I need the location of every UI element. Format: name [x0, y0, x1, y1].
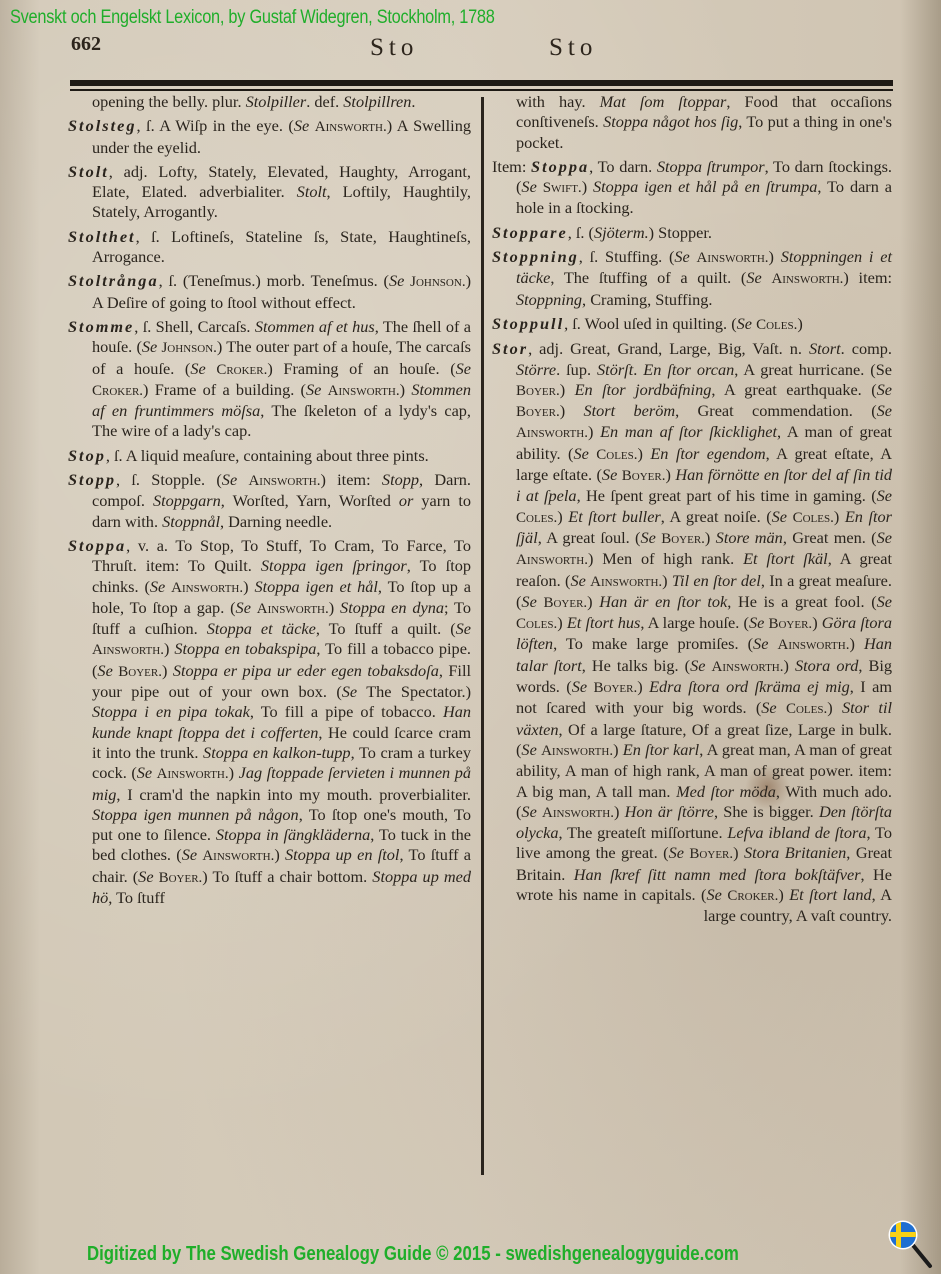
entry-text: , A great noiſe. (: [661, 507, 772, 526]
swedish-phrase: Edra ſtora ord ſkräma ej mig: [649, 677, 850, 696]
headword: Stolt: [68, 162, 109, 181]
headword: Stolthet: [68, 227, 136, 246]
entry-text: ): [587, 592, 599, 611]
entry-text: , The ſtuffing of a quilt. (: [550, 268, 746, 287]
headword: Stoppa: [531, 157, 589, 176]
source-reference: Boyer.: [661, 531, 705, 547]
swedish-phrase: Stoppa et täcke: [207, 619, 316, 638]
swedish-phrase: Sjöterm.: [594, 223, 649, 242]
swedish-phrase: Se: [669, 843, 684, 862]
headword: Stoppa: [68, 536, 126, 555]
headword: Stopp: [68, 470, 116, 489]
source-reference: Ainsworth.: [315, 119, 387, 135]
entry-text: [206, 359, 217, 378]
source-reference: Croker.: [727, 888, 778, 904]
source-reference: Boyer.: [594, 680, 638, 696]
entry-text: , ſ. Loftineſs, Stateline ſs, State, Hau…: [92, 227, 471, 266]
header-rule-thin: [70, 89, 893, 91]
swedish-phrase: Se: [342, 682, 357, 701]
source-reference: Coles.: [756, 317, 797, 333]
dictionary-entry: Stomme, ſ. Shell, Carcaſs. Stommen af et…: [68, 317, 471, 442]
swedish-phrase: Se: [706, 885, 721, 904]
swedish-phrase: En ſtor karl: [623, 740, 699, 759]
source-reference: Ainsworth.: [257, 601, 329, 617]
headword: Stolsteg: [68, 116, 136, 135]
source-reference: Coles.: [786, 701, 827, 717]
entry-text: , He ſpent great part of his time in gam…: [577, 486, 877, 505]
dictionary-entry: Stoppull, ſ. Wool uſed in quilting. (Se …: [492, 314, 892, 335]
dictionary-entry: Stoppa, v. a. To Stop, To Stuff, To Cram…: [68, 536, 471, 908]
headword: Stoltrånga: [68, 271, 159, 290]
entry-text: ): [797, 314, 802, 333]
swedish-phrase: En man af ſtor ſkicklighet: [600, 422, 777, 441]
swedish-phrase: Se: [142, 337, 157, 356]
swedish-phrase: Se: [456, 359, 471, 378]
source-reference: Swift.: [543, 180, 582, 196]
entry-text: , Darning needle.: [220, 512, 332, 531]
swedish-phrase: Se: [294, 116, 309, 135]
swedish-phrase: Lefva ibland de ſtora: [727, 823, 866, 842]
swedish-phrase: Et ſtort buller: [568, 507, 661, 526]
source-reference: Ainsworth.: [712, 659, 784, 675]
entry-text: ): [733, 843, 744, 862]
entry-text: ): [778, 885, 789, 904]
dictionary-entry: Stoltrånga, ſ. (Teneſmus.) morb. Teneſmu…: [68, 271, 471, 313]
source-reference: Ainsworth.: [202, 848, 274, 864]
entry-text: ): [827, 698, 842, 717]
swedish-phrase: Mat ſom ſtoppar: [600, 92, 727, 111]
swedish-phrase: Stommen af et hus: [255, 317, 375, 336]
source-reference: Ainsworth.: [541, 743, 613, 759]
headword: Stoppull: [492, 314, 564, 333]
entry-text: ) item:: [320, 470, 381, 489]
source-reference: Ainsworth.: [771, 271, 843, 287]
entry-text: , He talks big. (: [582, 656, 690, 675]
swedish-phrase: Se: [190, 359, 205, 378]
entry-text: ): [812, 613, 822, 632]
swedish-phrase: Stort: [809, 339, 841, 358]
entry-text: . def.: [306, 92, 343, 111]
swedish-phrase: Stoppa i en pipa tokak: [92, 702, 250, 721]
entry-text: ): [557, 507, 568, 526]
source-reference: Boyer.: [768, 616, 812, 632]
entry-text: , To ſtuff a quilt. (: [316, 619, 456, 638]
swedish-phrase: Se: [138, 867, 153, 886]
entry-text: ) Frame of a building. (: [143, 380, 306, 399]
dictionary-entry: Stopp, ſ. Stopple. (Se Ainsworth.) item:…: [68, 470, 471, 532]
swedish-phrase: Han är en ſtor tok: [599, 592, 727, 611]
source-reference: Johnson.: [161, 340, 216, 356]
entry-text: [777, 698, 786, 717]
source-reference: Johnson.: [410, 274, 465, 290]
source-reference: Boyer.: [118, 664, 162, 680]
source-reference: Ainsworth.: [516, 552, 588, 568]
swedish-phrase: Se: [521, 177, 536, 196]
entry-text: , ſ. Stopple. (: [116, 470, 222, 489]
entry-text: , ſ. Wool uſed in quilting. (: [564, 314, 737, 333]
entry-text: , To fill a pipe of tobacco.: [250, 702, 443, 721]
entry-text: , ſ. (: [568, 223, 594, 242]
swedish-phrase: Se: [521, 592, 536, 611]
dictionary-entry: Stolthet, ſ. Loftineſs, Stateline ſs, St…: [68, 227, 471, 268]
entry-text: ): [834, 507, 845, 526]
headword: Stoppning: [492, 247, 579, 266]
running-head-right: Sto: [549, 34, 597, 62]
source-reference: Ainsworth.: [542, 805, 614, 821]
source-reference: Coles.: [516, 616, 557, 632]
swedish-phrase: Han ſkref ſitt namn med ſtora bokſtäfver: [574, 865, 861, 884]
entry-text: ): [662, 571, 672, 590]
entry-text: ): [557, 613, 567, 632]
source-reference: Coles.: [516, 510, 557, 526]
entry-text: , adj. Great, Grand, Large, Big, Vaſt. n…: [528, 339, 809, 358]
entry-text: , He is a great fool. (: [727, 592, 876, 611]
entry-text: ): [637, 677, 649, 696]
swedish-flag-magnifier-icon: [885, 1217, 935, 1269]
swedish-phrase: Store män: [716, 528, 783, 547]
swedish-phrase: En ſtor jordbäfning: [575, 380, 712, 399]
dictionary-entry: Stor, adj. Great, Grand, Large, Big, Vaſ…: [492, 339, 892, 926]
swedish-phrase: Se: [640, 528, 655, 547]
swedish-phrase: Stoppgarn: [153, 491, 221, 510]
swedish-phrase: Stoppa er pipa ur eder egen tobaksdoſa: [173, 661, 439, 680]
source-reference: Ainsworth.: [92, 642, 164, 658]
source-reference: Coles.: [596, 447, 637, 463]
entry-continuation: opening the belly. plur. Stolpiller. def…: [68, 92, 471, 112]
entry-text: The Spectator.): [357, 682, 471, 701]
entry-text: , Craming, Stuffing.: [582, 290, 712, 309]
swedish-phrase: Större: [516, 360, 556, 379]
swedish-phrase: Se: [222, 470, 237, 489]
swedish-phrase: Stoppning: [516, 290, 582, 309]
entry-text: opening the belly. plur.: [92, 92, 246, 111]
source-reference: Ainsworth.: [157, 766, 229, 782]
swedish-phrase: Stoppa något hos ſig: [603, 112, 738, 131]
entry-text: ): [665, 465, 675, 484]
swedish-phrase: Hon är ſtörre: [625, 802, 714, 821]
swedish-phrase: Se: [877, 380, 892, 399]
column-divider: [481, 97, 484, 1175]
swedish-phrase: Stoppa ſtrumpor: [657, 157, 765, 176]
entry-text: , A great earthquake. (: [711, 380, 876, 399]
dictionary-entry: Stoppning, ſ. Stuffing. (Se Ainsworth.) …: [492, 247, 892, 310]
entry-text: ): [784, 656, 795, 675]
swedish-phrase: Stolpillren: [343, 92, 411, 111]
entry-text: ) Men of high rank.: [588, 549, 743, 568]
source-reference: Croker.: [92, 383, 143, 399]
source-reference: Ainsworth.: [777, 637, 849, 653]
swedish-phrase: Se: [150, 577, 165, 596]
source-reference: Boyer.: [689, 846, 733, 862]
left-column: opening the belly. plur. Stolpiller. def…: [68, 92, 471, 912]
entry-text: ): [614, 802, 625, 821]
source-reference: Boyer.: [516, 404, 560, 420]
entry-text: ): [164, 639, 174, 658]
swedish-phrase: Stora ord: [795, 656, 858, 675]
entry-text: , Worſted, Yarn, Worſted: [221, 491, 399, 510]
source-reference: Ainsworth.: [516, 425, 588, 441]
swedish-phrase: Se: [137, 763, 152, 782]
swedish-phrase: Stoppa igen ſpringor: [261, 556, 407, 575]
swedish-phrase: Se: [236, 598, 251, 617]
entry-text: , ſ. A liquid meaſure, containing about …: [106, 446, 429, 465]
entry-text: [762, 268, 772, 287]
swedish-phrase: Se: [761, 698, 776, 717]
swedish-phrase: Stoppa igen munnen på någon: [92, 805, 299, 824]
entry-text: .: [411, 92, 415, 111]
entry-text: ): [400, 380, 412, 399]
swedish-phrase: Se: [521, 802, 536, 821]
entry-text: ): [849, 634, 863, 653]
swedish-phrase: Se: [572, 677, 587, 696]
page-number: 662: [71, 33, 101, 56]
swedish-phrase: Stolpiller: [246, 92, 307, 111]
entry-text: , Great commendation. (: [675, 401, 877, 420]
source-reference: Boyer.: [516, 383, 560, 399]
source-reference: Ainsworth.: [328, 383, 400, 399]
swedish-phrase: Stoppnål: [162, 512, 220, 531]
right-column: with hay. Mat ſom ſtoppar, Food that occ…: [492, 92, 892, 931]
entry-text: [690, 247, 697, 266]
dictionary-entry: Stop, ſ. A liquid meaſure, containing ab…: [68, 446, 471, 466]
entry-text: ): [769, 247, 781, 266]
entry-continuation: with hay. Mat ſom ſtoppar, Food that occ…: [492, 92, 892, 153]
headword: Stoppare: [492, 223, 568, 242]
swedish-phrase: Se: [456, 619, 471, 638]
swedish-phrase: Stolt: [297, 182, 327, 201]
dictionary-entry: Item: Stoppa, To darn. Stoppa ſtrumpor, …: [492, 157, 892, 219]
swedish-phrase: En ſtor orcan: [643, 360, 734, 379]
entry-text: ): [274, 845, 285, 864]
swedish-phrase: Stoppa in ſängkläderna: [216, 825, 370, 844]
entry-text: , To ſtuff: [108, 888, 165, 907]
swedish-phrase: Se: [570, 571, 585, 590]
entry-text: , ſ. A Wiſp in the eye. (: [136, 116, 293, 135]
entry-text: , I cram'd the napkin into my mouth. pro…: [116, 785, 471, 804]
entry-text: ): [638, 444, 651, 463]
swedish-phrase: Se: [306, 380, 321, 399]
entry-text: ) Framing of an houſe. (: [267, 359, 455, 378]
entry-text: ): [329, 598, 340, 617]
header-rule-thick: [70, 80, 893, 86]
swedish-phrase: Se: [602, 465, 617, 484]
source-reference: Boyer.: [543, 595, 587, 611]
source-reference: Coles.: [793, 510, 834, 526]
swedish-phrase: Stoppa igen et hål: [254, 577, 377, 596]
swedish-phrase: Et ſtort land: [789, 885, 871, 904]
source-reference: Ainsworth.: [248, 473, 320, 489]
entry-text: .: [633, 360, 643, 379]
swedish-phrase: Se: [97, 661, 112, 680]
entry-text: , The greateſt miſſortune.: [558, 823, 727, 842]
entry-text: , To make large promiſes. (: [553, 634, 753, 653]
swedish-phrase: Stoppa up en ſtol: [285, 845, 399, 864]
swedish-phrase: Stora Britanien: [744, 843, 846, 862]
entry-text: , A large houſe. (: [640, 613, 749, 632]
swedish-phrase: Stoppa igen et hål på en ſtrumpa: [593, 177, 817, 196]
swedish-phrase: Se: [389, 271, 404, 290]
entry-text: . comp.: [841, 339, 892, 358]
entry-text: , To darn.: [589, 157, 657, 176]
source-reference: Ainsworth.: [697, 250, 769, 266]
swedish-phrase: Stoppa en tobakspipa: [174, 639, 316, 658]
entry-text: Item:: [492, 157, 531, 176]
entry-text: ): [705, 528, 716, 547]
headword: Stomme: [68, 317, 134, 336]
swedish-phrase: Se: [877, 486, 892, 505]
dictionary-entry: Stoppare, ſ. (Sjöterm.) Stopper.: [492, 223, 892, 243]
swedish-phrase: Se: [772, 507, 787, 526]
swedish-phrase: Se: [753, 634, 768, 653]
entry-text: ): [162, 661, 173, 680]
swedish-phrase: Se: [877, 528, 892, 547]
entry-text: ) Stopper.: [649, 223, 712, 242]
source-watermark: Svenskt och Engelskt Lexicon, by Gustaf …: [10, 7, 495, 29]
entry-text: , Great men. (: [783, 528, 877, 547]
entry-text: with hay.: [516, 92, 600, 111]
swedish-phrase: Se: [877, 401, 892, 420]
dictionary-entry: Stolt, adj. Lofty, Stately, Elevated, Ha…: [68, 162, 471, 223]
entry-text: ) To ſtuff a chair bottom.: [202, 867, 372, 886]
swedish-phrase: Se: [737, 314, 752, 333]
entry-text: ): [613, 740, 623, 759]
entry-text: ): [560, 380, 575, 399]
running-head-left: Sto: [370, 34, 418, 62]
swedish-phrase: Se: [690, 656, 705, 675]
swedish-phrase: Se: [674, 247, 689, 266]
headword: Stor: [492, 339, 528, 358]
swedish-phrase: Med ſtor möda: [676, 782, 776, 801]
entry-text: , A great hurricane. (Se: [734, 360, 892, 379]
entry-text: ): [243, 577, 254, 596]
dictionary-entry: Stolsteg, ſ. A Wiſp in the eye. (Se Ains…: [68, 116, 471, 158]
swedish-phrase: Se: [877, 592, 892, 611]
swedish-phrase: Se: [182, 845, 197, 864]
source-reference: Croker.: [216, 362, 267, 378]
entry-text: , ſ. (Teneſmus.) morb. Teneſmus. (: [159, 271, 389, 290]
swedish-phrase: En ſtor egendom: [650, 444, 765, 463]
swedish-phrase: Stoppa en dyna: [340, 598, 444, 617]
swedish-phrase: Se: [521, 740, 536, 759]
swedish-phrase: Se: [746, 268, 761, 287]
swedish-phrase: Se: [749, 613, 764, 632]
source-reference: Boyer.: [622, 468, 666, 484]
entry-text: , She is bigger.: [714, 802, 819, 821]
entry-text: ) item:: [843, 268, 892, 287]
entry-text: , ſ. Shell, Carcaſs.: [134, 317, 255, 336]
entry-text: ): [229, 763, 239, 782]
swedish-phrase: Et ſtort hus: [567, 613, 640, 632]
entry-text: ): [588, 422, 600, 441]
swedish-phrase: Til en ſtor del: [672, 571, 761, 590]
headword: Stop: [68, 446, 106, 465]
swedish-phrase: Et ſtort ſkäl: [743, 549, 828, 568]
entry-text: [237, 470, 248, 489]
swedish-phrase: or: [399, 491, 413, 510]
swedish-phrase: Stort beröm: [583, 401, 675, 420]
source-reference: Ainsworth.: [171, 580, 243, 596]
source-reference: Ainsworth.: [590, 574, 662, 590]
entry-text: ): [582, 177, 593, 196]
swedish-phrase: Stoppa en kalkon-tupp: [203, 743, 351, 762]
source-reference: Boyer.: [159, 870, 203, 886]
entry-text: , ſ. Stuffing. (: [579, 247, 675, 266]
entry-text: ): [560, 401, 584, 420]
swedish-phrase: Stopp: [382, 470, 419, 489]
digitizer-watermark: Digitized by The Swedish Genealogy Guide…: [87, 1243, 739, 1266]
entry-text: , A great ſoul. (: [538, 528, 641, 547]
swedish-phrase: Se: [573, 444, 588, 463]
swedish-phrase: Störſt: [597, 360, 633, 379]
entry-text: . ſup.: [556, 360, 597, 379]
